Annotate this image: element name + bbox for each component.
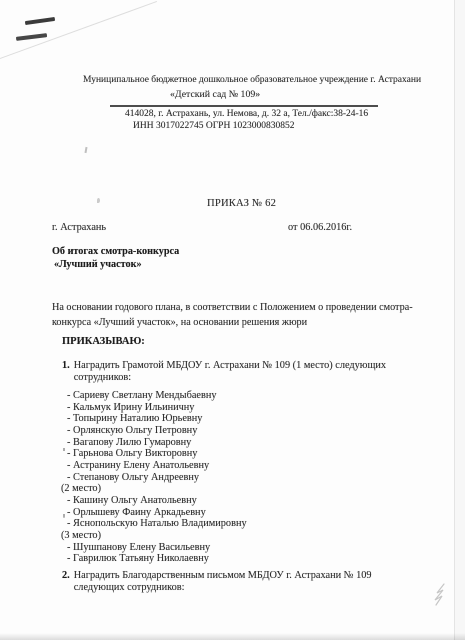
scan-bottom-shadow: [0, 633, 465, 640]
list-item: - Шушпанову Елену Васильевну: [67, 542, 247, 554]
item-number: 1.: [62, 360, 70, 384]
list-item: - Орлышеву Фаину Аркадьевну: [67, 507, 247, 519]
decree-word: ПРИКАЗЫВАЮ:: [62, 336, 145, 347]
list-item: - Астранину Елену Анатольевну: [67, 460, 247, 472]
item-text-line1: Наградить Благодарственным письмом МБДОУ…: [74, 570, 372, 582]
list-item: - Топырину Наталию Юрьевну: [67, 413, 247, 425]
list-item: - Сариеву Светлану Мендыбаевну: [67, 390, 247, 402]
scan-right-margin: [455, 0, 465, 640]
list-item: - Яснопольскую Наталью Владимировну: [67, 518, 247, 530]
order-subject-line2: «Лучший участок»: [54, 258, 179, 271]
pen-squiggle-mark: [428, 580, 450, 610]
scan-fold-mark-bottom: [16, 33, 47, 40]
preamble-line1: На основании годового плана, в соответст…: [52, 300, 413, 315]
preamble-line2: конкурса «Лучший участок», на основании …: [52, 315, 413, 330]
page-corner-edge: [0, 1, 157, 60]
order-subject-line1: Об итогах смотра-конкурса: [52, 245, 179, 258]
scan-speck: [97, 198, 100, 203]
list-item: - Орлянскую Ольгу Петровну: [67, 425, 247, 437]
place-subheading-2: (2 место): [61, 483, 247, 495]
order-item-2: 2. Наградить Благодарственным письмом МБ…: [62, 570, 372, 594]
order-city: г. Астрахань: [52, 222, 106, 233]
org-address: 414028, г. Астрахань, ул. Немова, д. 32 …: [125, 109, 368, 119]
org-name-line2: «Детский сад № 109»: [170, 89, 260, 100]
list-item: - Гаврилюк Татьяну Николаевну: [67, 553, 247, 565]
place-subheading-3: (3 место): [61, 530, 247, 542]
scan-speck: [63, 514, 65, 518]
item-text-line2: сотрудников:: [74, 372, 386, 384]
list-item: - Степанову Ольгу Андреевну: [67, 472, 247, 484]
list-item: - Вагапову Лилю Гумаровну: [67, 437, 247, 449]
list-item: - Кальмук Ирину Ильиничну: [67, 402, 247, 414]
list-item: - Кашину Ольгу Анатольевну: [67, 495, 247, 507]
org-registration-numbers: ИНН 3017022745 ОГРН 1023000830852: [133, 121, 294, 131]
order-subject: Об итогах смотра-конкурса «Лучший участо…: [52, 245, 179, 272]
scanned-order-document: Муниципальное бюджетное дошкольное образ…: [0, 0, 465, 640]
item-number: 2.: [62, 570, 70, 594]
scan-speck: [63, 448, 65, 451]
list-item: - Гарьнова Ольгу Викторовну: [67, 448, 247, 460]
order-date: от 06.06.2016г.: [288, 222, 352, 233]
scan-speck: [84, 147, 87, 153]
scan-fold-mark-top: [25, 17, 55, 25]
scan-right-edge-line: [454, 0, 455, 640]
letterhead-divider: [110, 105, 378, 107]
org-name-line1: Муниципальное бюджетное дошкольное образ…: [83, 75, 421, 85]
order-title: ПРИКАЗ № 62: [207, 198, 276, 209]
item-text-line2: следующих сотрудников:: [74, 582, 372, 594]
item-text-line1: Наградить Грамотой МБДОУ г. Астрахани № …: [74, 360, 386, 372]
order-preamble: На основании годового плана, в соответст…: [52, 300, 413, 330]
order-item-1: 1. Наградить Грамотой МБДОУ г. Астрахани…: [62, 360, 386, 384]
awardees-list: - Сариеву Светлану Мендыбаевну - Кальмук…: [67, 390, 247, 565]
